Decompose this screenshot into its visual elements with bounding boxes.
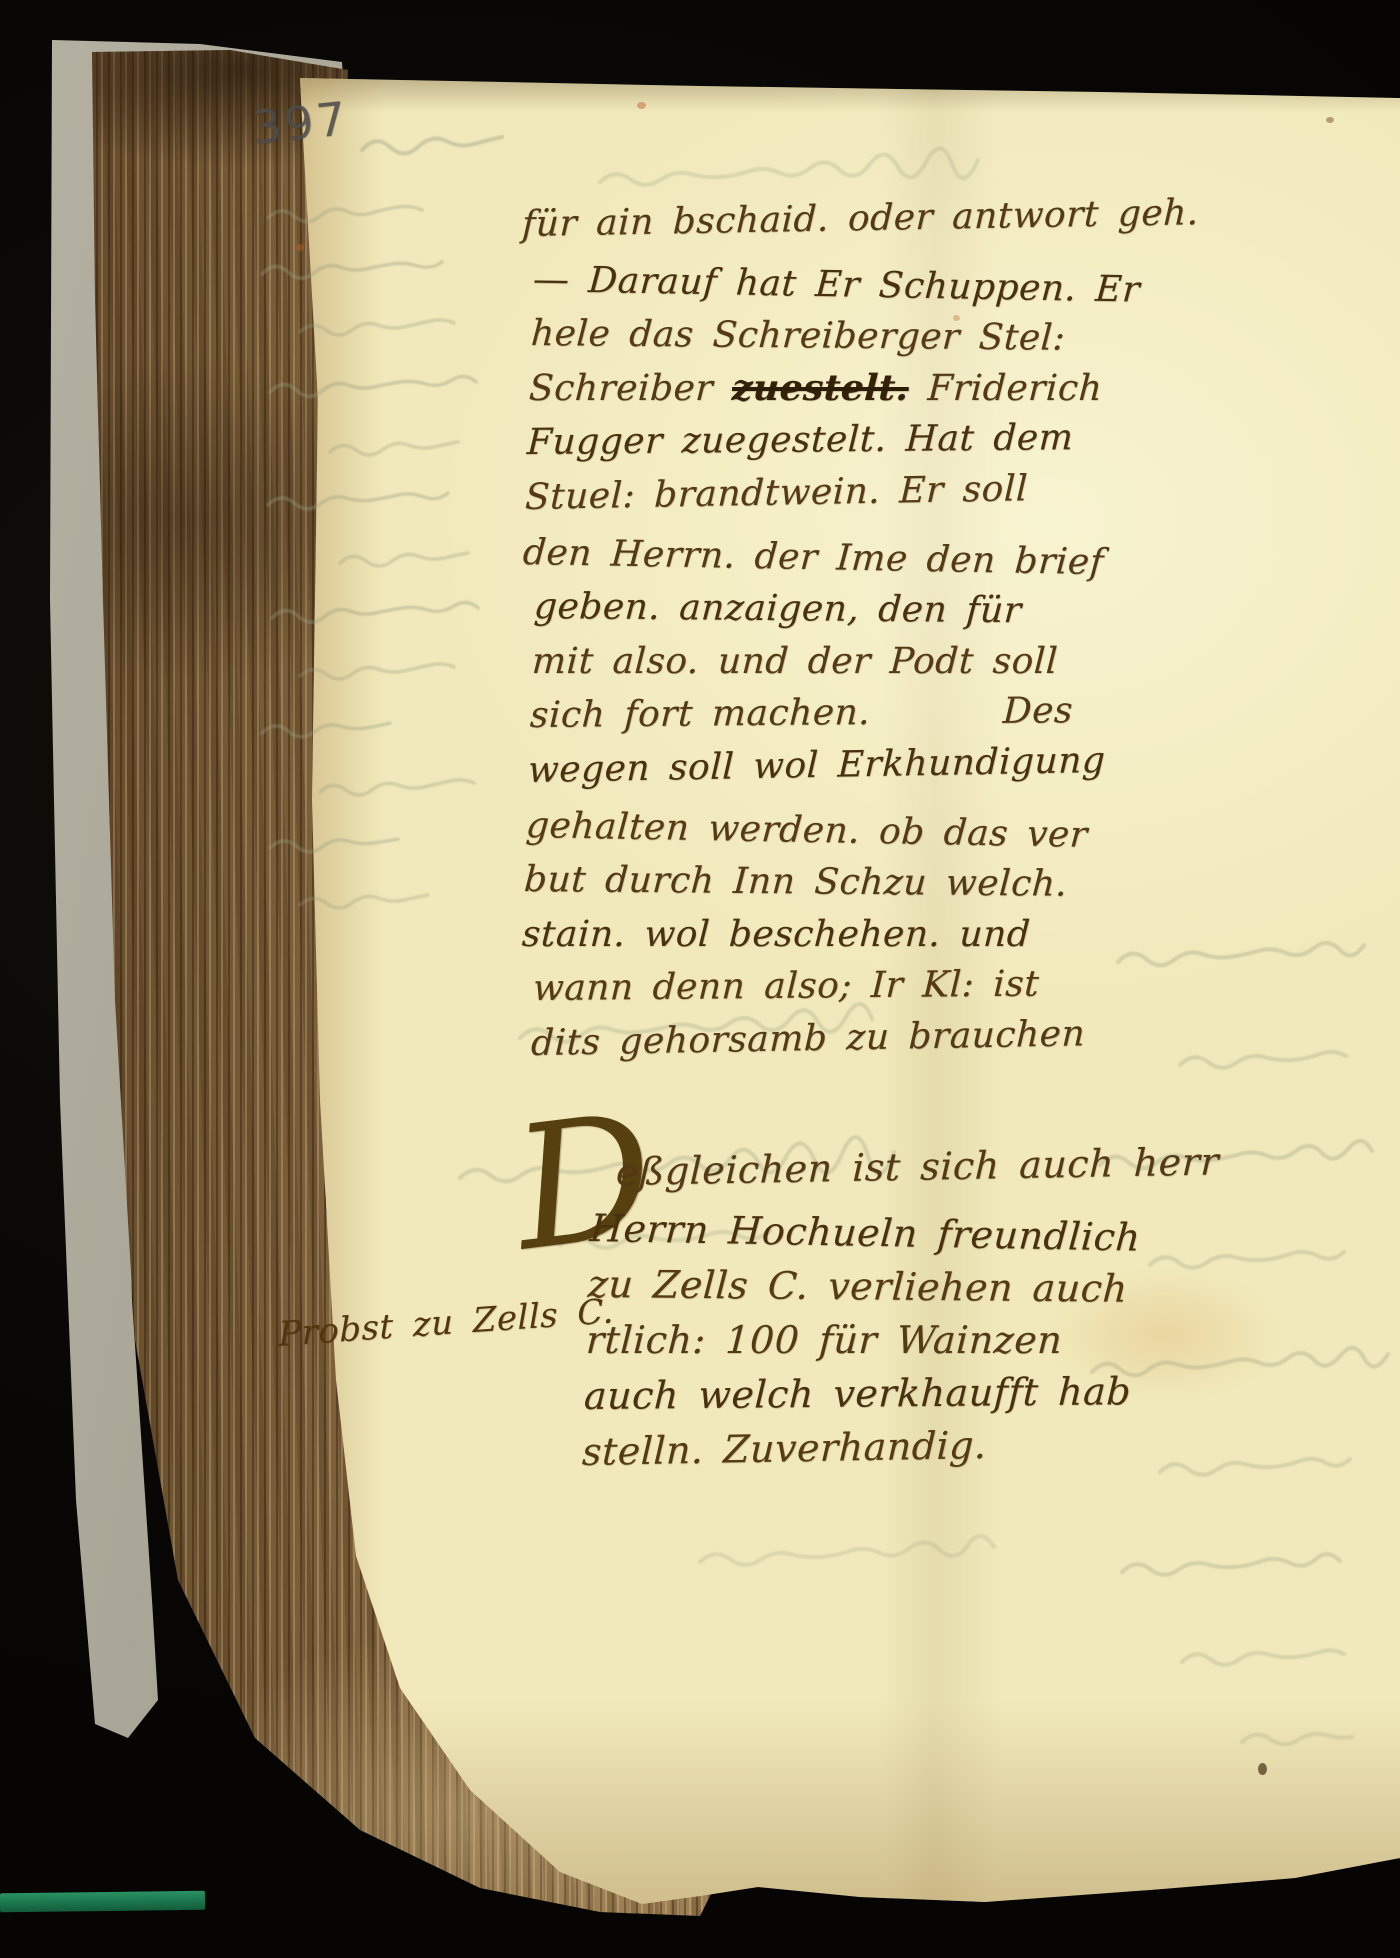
second-paragraph-block: eßgleichen ist sich auch herrHerrn Hochu…	[0, 0, 1400, 1958]
manuscript-line: stelln. Zuverhandig.	[581, 1425, 987, 1474]
manuscript-line: eßgleichen ist sich auch herr	[615, 1141, 1219, 1193]
line-segment: stelln. Zuverhandig.	[581, 1423, 987, 1474]
manuscript-line: rtlich: 100 für Wainzen	[585, 1320, 1063, 1362]
manuscript-line: zu Zells C. verliehen auch	[587, 1264, 1129, 1310]
line-segment: rtlich: 100 für Wainzen	[585, 1318, 1064, 1362]
line-segment: eßgleichen ist sich auch herr	[615, 1139, 1219, 1194]
manuscript-line: auch welch verkhaufft hab	[583, 1371, 1132, 1418]
line-segment: Herrn Hochueln freundlich	[589, 1206, 1143, 1260]
book-photo: 397 für ain bschaid. oder antwort geh.— …	[0, 0, 1400, 1958]
line-segment: auch welch verkhaufft hab	[583, 1369, 1132, 1418]
manuscript-line: Herrn Hochueln freundlich	[589, 1208, 1142, 1259]
line-segment: zu Zells C. verliehen auch	[587, 1262, 1129, 1311]
